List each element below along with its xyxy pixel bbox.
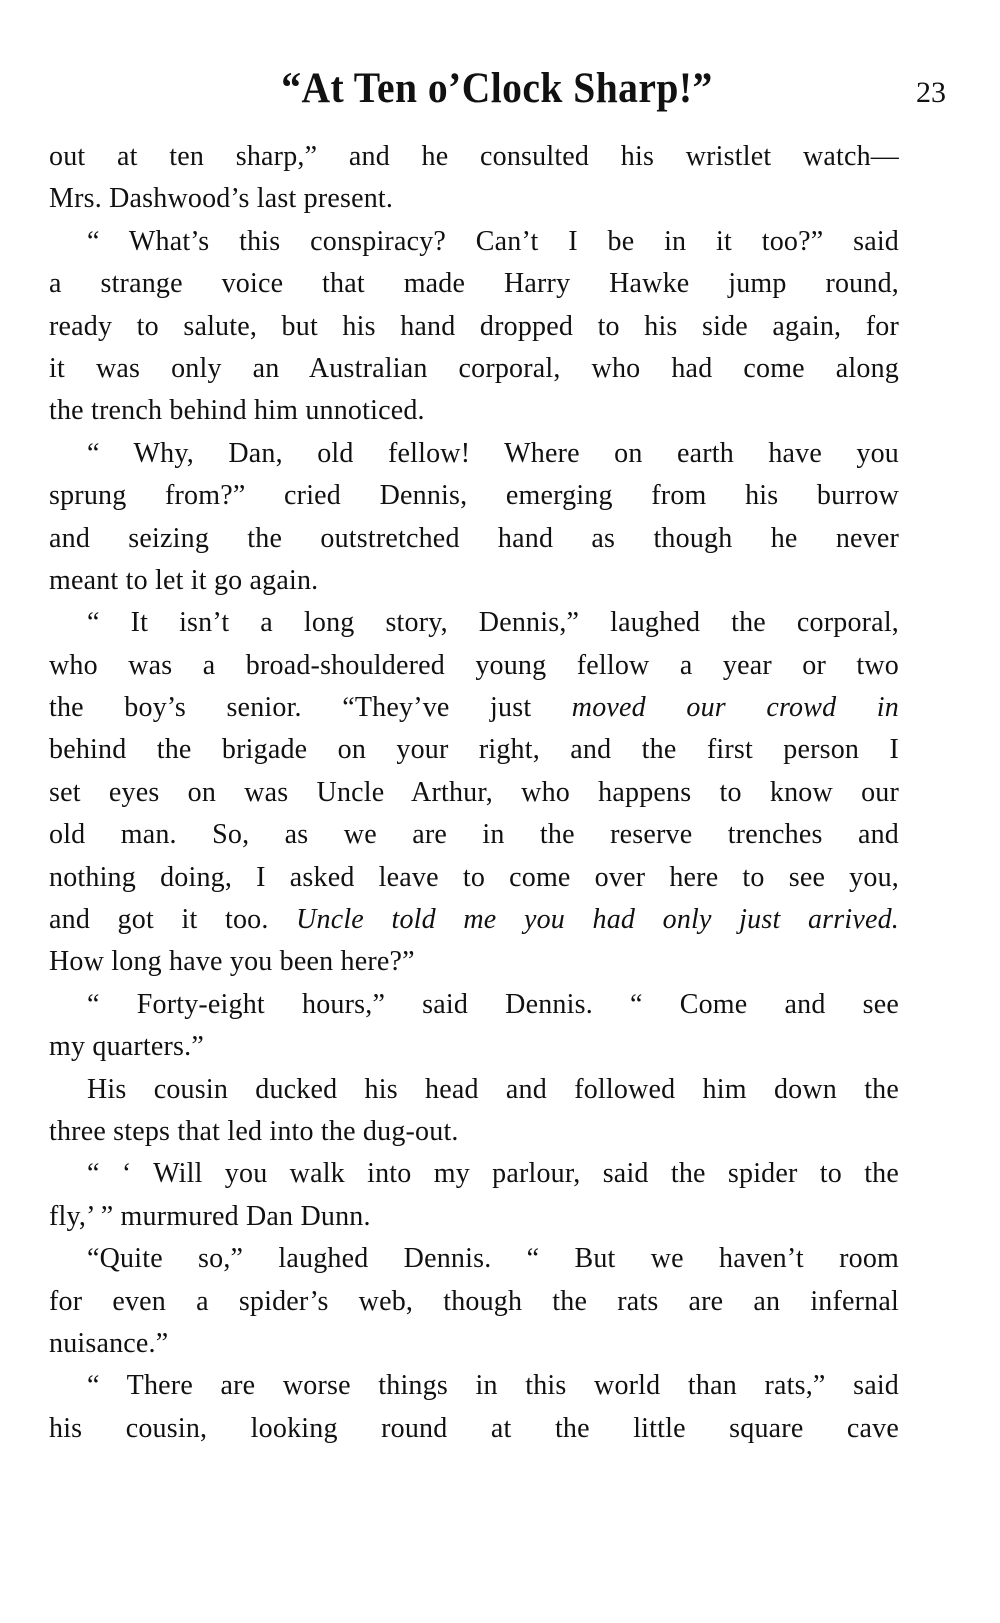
text-line: How long have you been here?” bbox=[49, 941, 899, 983]
paragraph-start-line: “ ‘ Will you walk into my parlour, said … bbox=[49, 1153, 899, 1195]
text-line: it was only an Australian corporal, who … bbox=[49, 348, 899, 390]
book-page: “At Ten o’Clock Sharp!” 23 out at ten sh… bbox=[0, 0, 1000, 1623]
paragraph-start-line: “ What’s this conspiracy? Can’t I be in … bbox=[49, 221, 899, 263]
text-line: for even a spider’s web, though the rats… bbox=[49, 1281, 899, 1323]
text-line: old man. So, as we are in the reserve tr… bbox=[49, 814, 899, 856]
text-line: three steps that led into the dug-out. bbox=[49, 1111, 899, 1153]
text-line: his cousin, looking round at the little … bbox=[49, 1408, 899, 1450]
paragraph-start-line: “ There are worse things in this world t… bbox=[49, 1365, 899, 1407]
text-line: behind the brigade on your right, and th… bbox=[49, 729, 899, 771]
body-text: out at ten sharp,” and he consulted his … bbox=[49, 136, 899, 1450]
text-line: set eyes on was Uncle Arthur, who happen… bbox=[49, 772, 899, 814]
text-line: the trench behind him unnoticed. bbox=[49, 390, 899, 432]
text-line: fly,’ ” murmured Dan Dunn. bbox=[49, 1196, 899, 1238]
italic-text: moved our crowd in bbox=[572, 692, 899, 723]
running-head: “At Ten o’Clock Sharp!” 23 bbox=[48, 64, 946, 124]
paragraph-start-line: His cousin ducked his head and followed … bbox=[49, 1069, 899, 1111]
paragraph-start-line: “Quite so,” laughed Dennis. “ But we hav… bbox=[49, 1238, 899, 1280]
text-line: ready to salute, but his hand dropped to… bbox=[49, 306, 899, 348]
text-line: my quarters.” bbox=[49, 1026, 899, 1068]
text-line: who was a broad-shouldered young fellow … bbox=[49, 645, 899, 687]
text-line: nuisance.” bbox=[49, 1323, 899, 1365]
text-line: meant to let it go again. bbox=[49, 560, 899, 602]
text-line: sprung from?” cried Dennis, emerging fro… bbox=[49, 475, 899, 517]
text-line: Mrs. Dashwood’s last present. bbox=[49, 178, 899, 220]
italic-text: Uncle told me you had only just arrived. bbox=[296, 904, 899, 935]
text-line: a strange voice that made Harry Hawke ju… bbox=[49, 263, 899, 305]
paragraph-start-line: “ Why, Dan, old fellow! Where on earth h… bbox=[49, 433, 899, 475]
text-line: and seizing the outstretched hand as tho… bbox=[49, 518, 899, 560]
paragraph-start-line: “ It isn’t a long story, Dennis,” laughe… bbox=[49, 602, 899, 644]
text-line: the boy’s senior. “They’ve just moved ou… bbox=[49, 687, 899, 729]
chapter-title: “At Ten o’Clock Sharp!” bbox=[84, 64, 910, 113]
text-line: and got it too. Uncle told me you had on… bbox=[49, 899, 899, 941]
page-number: 23 bbox=[916, 76, 946, 110]
text-line: out at ten sharp,” and he consulted his … bbox=[49, 136, 899, 178]
paragraph-start-line: “ Forty-eight hours,” said Dennis. “ Com… bbox=[49, 984, 899, 1026]
text-line: nothing doing, I asked leave to come ove… bbox=[49, 857, 899, 899]
